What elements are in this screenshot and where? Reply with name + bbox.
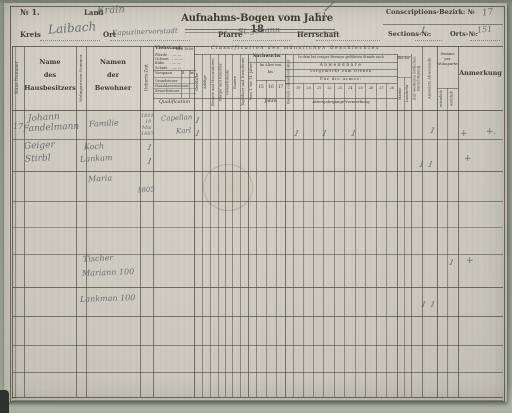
- armee-age-cell: 20: [303, 87, 313, 91]
- grid-line-vertical: [404, 77, 405, 397]
- column-label-vertical: Zur weiteren örtlichen Berichtigung: [411, 48, 422, 108]
- grid-line-horizontal: [153, 88, 196, 89]
- armee-age-cell: 25: [355, 87, 365, 91]
- grid-line-horizontal: [153, 98, 397, 99]
- viehstand-years: 846 1850: [176, 48, 193, 52]
- armee-age-cell: 24: [345, 87, 355, 91]
- column-label-vertical: männlich: [437, 89, 447, 108]
- handwriting-mark: Maria: [88, 173, 113, 183]
- handwriting-mark: 151: [477, 24, 493, 34]
- grid-line-horizontal: [12, 201, 503, 202]
- armee-box-head: Bei der: [397, 57, 411, 60]
- grid-line-vertical: [365, 83, 366, 397]
- column-label-vertical: Landwehr: [404, 79, 411, 108]
- grid-line-horizontal: [12, 110, 503, 111]
- handwriting-mark: 1805: [137, 186, 155, 195]
- armee-age-cell: 27: [376, 87, 386, 91]
- grid-line-vertical: [334, 83, 335, 397]
- handwriting-mark: Lankam: [80, 153, 113, 164]
- grid-line-vertical: [344, 83, 345, 397]
- nachwuchs-jahre-footer: Jahre: [256, 100, 285, 105]
- handwriting-mark: Geiger: [24, 140, 55, 152]
- handwriting-mark: Stirbl: [25, 153, 51, 164]
- entry-baseline: [470, 40, 500, 41]
- armee-age-cell: 28: [387, 87, 397, 91]
- handwriting-mark: Krain: [97, 4, 125, 16]
- handwriting-mark: Karl: [176, 127, 191, 136]
- grid-line-horizontal: [12, 397, 503, 398]
- nachwuchs-sub: Im Alter von: [256, 64, 285, 68]
- nachwuchs-age-cell: 16: [266, 85, 276, 89]
- grid-line-horizontal: [285, 62, 397, 63]
- column-label-vertical: Bauern: [232, 56, 240, 108]
- armee-age-cell: 19: [293, 87, 303, 91]
- grid-line-horizontal: [12, 316, 503, 317]
- nachwuchs-age-cell: 15: [256, 85, 266, 89]
- handwriting-mark: Lankman 100: [80, 293, 136, 304]
- armee-fuer-die-armee: Für die Armee:: [285, 77, 397, 81]
- grid-line-horizontal: [12, 46, 503, 47]
- column-label-vertical: Haus-Nummer: [12, 48, 24, 108]
- nachwuchs-age-cell: 17: [276, 85, 285, 89]
- handwriting-mark: +: [464, 154, 472, 164]
- grid-line-horizontal: [153, 77, 196, 78]
- handwriting-mark: Capellan: [161, 113, 193, 123]
- grid-line-vertical: [447, 88, 448, 397]
- handwriting-mark: +: [460, 129, 468, 139]
- armee-anwendbare: Anwendbare: [285, 63, 397, 67]
- armee-footer: Altersjahrgänge-Vormerkung: [285, 100, 397, 104]
- col-header-bewohner: Namen der Bewohner: [86, 56, 140, 95]
- column-label-vertical: Adelige: [202, 56, 210, 108]
- grid-line-vertical: [313, 83, 314, 397]
- column-label-vertical: Bürger und Künstler: [218, 56, 225, 108]
- conscription-district-label: Conscriptions-Bezirk: №: [386, 9, 475, 16]
- column-label-vertical: Bis zum vollendeten Alter: [285, 56, 293, 108]
- column-label-vertical: Wohnparteien-Nummer: [76, 48, 86, 108]
- armee-age-cell: 22: [324, 87, 334, 91]
- grid-line-horizontal: [12, 400, 503, 401]
- grid-line-horizontal: [12, 287, 503, 288]
- classification-title: Classification des männlichen Geschlecht…: [194, 47, 397, 52]
- steuer-fl: fl.: [182, 72, 185, 76]
- handwriting-mark: +: [466, 256, 474, 266]
- entry-baseline: [415, 40, 442, 41]
- steuer-rows: Grundsteuer Hausklassensteuer Erwerbsteu…: [155, 79, 189, 94]
- armee-age-cell: 21: [314, 87, 324, 91]
- grid-line-horizontal: [12, 345, 503, 346]
- armee-age-cell: 23: [335, 87, 345, 91]
- grid-line-vertical: [386, 83, 387, 397]
- grid-line-vertical: [266, 80, 267, 397]
- grid-line-horizontal: [12, 139, 503, 140]
- summe-header: Summe per Wohnpartei: [437, 52, 458, 68]
- column-label-vertical: Taglöhner und Dienstleute: [240, 56, 248, 108]
- armee-vorgemerkt: Vorgemerkt zum Dienen: [285, 70, 397, 74]
- column-label-vertical: Geistliche: [194, 56, 202, 108]
- handwriting-mark: Tischer: [83, 253, 114, 264]
- grid-line-horizontal: [12, 171, 503, 172]
- steuer-header: Vorspann: [155, 72, 172, 76]
- entry-baseline: [40, 40, 100, 41]
- column-label-vertical: Gewerbsleute: [225, 56, 232, 108]
- grid-line-horizontal: [397, 56, 411, 57]
- kreis-label: Kreis: [20, 31, 41, 38]
- handwriting-mark: 17: [481, 7, 494, 18]
- grid-line-vertical: [303, 83, 304, 397]
- column-label-vertical: weiblich: [447, 89, 458, 108]
- orts-number-label: Orts-№:: [450, 31, 478, 38]
- entry-baseline: [316, 40, 380, 41]
- anmerkung-header: Anmerkung: [458, 70, 503, 77]
- handwriting-mark: 1807: [141, 131, 154, 137]
- grid-line-horizontal: [12, 372, 503, 373]
- grid-line-horizontal: [285, 69, 397, 70]
- grid-line-vertical: [189, 70, 190, 98]
- nachwuchs-bis: bis: [256, 71, 285, 75]
- handwriting-mark: Mariann 100: [82, 267, 135, 278]
- column-label-vertical: Auswärts Abwesende: [422, 48, 437, 108]
- viehstand-rows: Pferde . . — — Ochsen . . — — Kühe . . .…: [155, 53, 183, 70]
- grid-line-horizontal: [285, 83, 397, 84]
- qualification-footer: Qualification: [153, 100, 196, 105]
- column-label-vertical: Marine: [397, 79, 404, 108]
- grid-line-horizontal: [12, 227, 503, 228]
- grid-line-horizontal: [153, 93, 196, 94]
- handwriting-mark: Koch: [84, 141, 105, 151]
- column-label-vertical: Vom 1. bis 14. Jahre: [248, 56, 256, 108]
- grid-line-horizontal: [153, 70, 196, 71]
- col-header-hausbesitzer: Name des Hausbesitzers: [24, 56, 76, 95]
- column-label-vertical: Geburts-Zeit: [140, 48, 153, 108]
- scanned-census-form: № 1. Land Aufnahms-Bogen vom Jahre 18 Co…: [0, 0, 512, 413]
- grid-line-vertical: [276, 80, 277, 397]
- armee-revision-line: In dem bei voriger Revision geführten St…: [285, 56, 397, 59]
- entry-baseline: [110, 40, 190, 41]
- scan-corner-shadow: [0, 390, 9, 413]
- column-label-vertical: Beamte und Honoratioren: [210, 56, 218, 108]
- form-number: № 1.: [20, 8, 40, 16]
- handwriting-mark: +.: [486, 127, 496, 137]
- handwriting-mark: 17: [13, 122, 23, 131]
- armee-age-cell: 26: [366, 87, 376, 91]
- herrschaft-label: Herrschaft: [297, 31, 340, 38]
- handwriting-mark: Familie: [89, 118, 119, 129]
- grid-line-horizontal: [153, 83, 196, 84]
- grid-line-horizontal: [285, 76, 397, 77]
- entry-baseline: [233, 40, 290, 41]
- grid-line-horizontal: [256, 80, 285, 81]
- grid-line-horizontal: [397, 77, 411, 78]
- grid-line-horizontal: [194, 54, 397, 55]
- grid-line-vertical: [376, 83, 377, 397]
- grid-line-vertical: [181, 70, 182, 98]
